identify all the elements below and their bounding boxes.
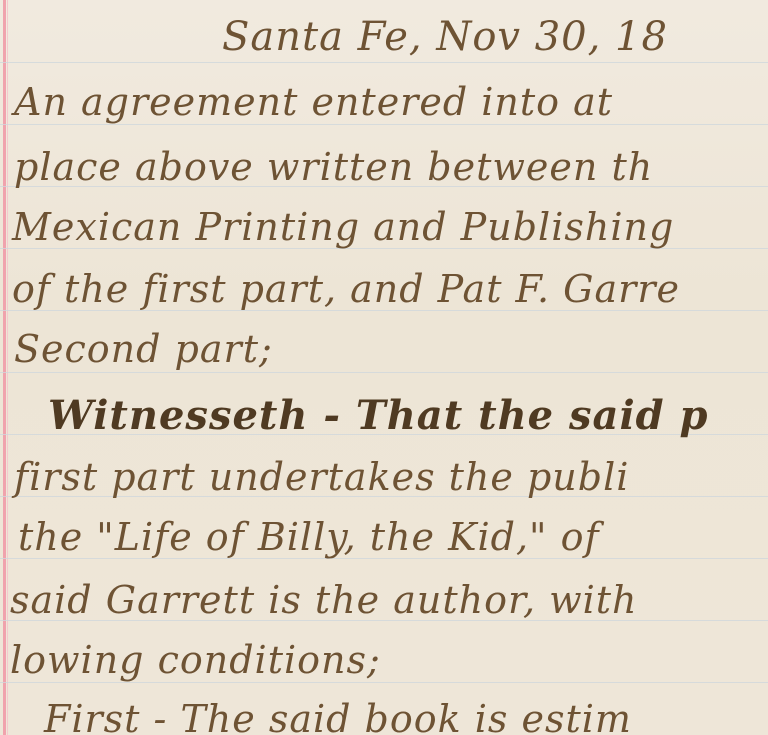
text-line-9: said Garrett is the author, with — [10, 578, 638, 622]
text-line-7: first part undertakes the publi — [14, 455, 629, 499]
handwritten-document-page: Santa Fe, Nov 30, 18 An agreement entere… — [0, 0, 768, 735]
text-line-4: of the first part, and Pat F. Garre — [12, 267, 680, 311]
text-line-3: Mexican Printing and Publishing — [12, 205, 674, 249]
text-line-8: the "Life of Billy, the Kid," of — [18, 515, 600, 559]
text-line-5: Second part; — [14, 327, 273, 371]
ruled-line — [0, 124, 768, 125]
margin-line — [3, 0, 6, 735]
text-line-10: lowing conditions; — [10, 638, 381, 682]
margin-line-secondary — [7, 0, 8, 735]
text-line-1: An agreement entered into at — [14, 80, 613, 124]
text-line-11: First - The said book is estim — [44, 697, 632, 735]
ruled-line — [0, 682, 768, 683]
text-line-2: place above written between th — [14, 145, 653, 189]
dateline: Santa Fe, Nov 30, 18 — [222, 14, 668, 60]
text-line-6-witnesseth: Witnesseth - That the said p — [48, 392, 709, 439]
ruled-line — [0, 62, 768, 63]
ruled-line — [0, 372, 768, 373]
